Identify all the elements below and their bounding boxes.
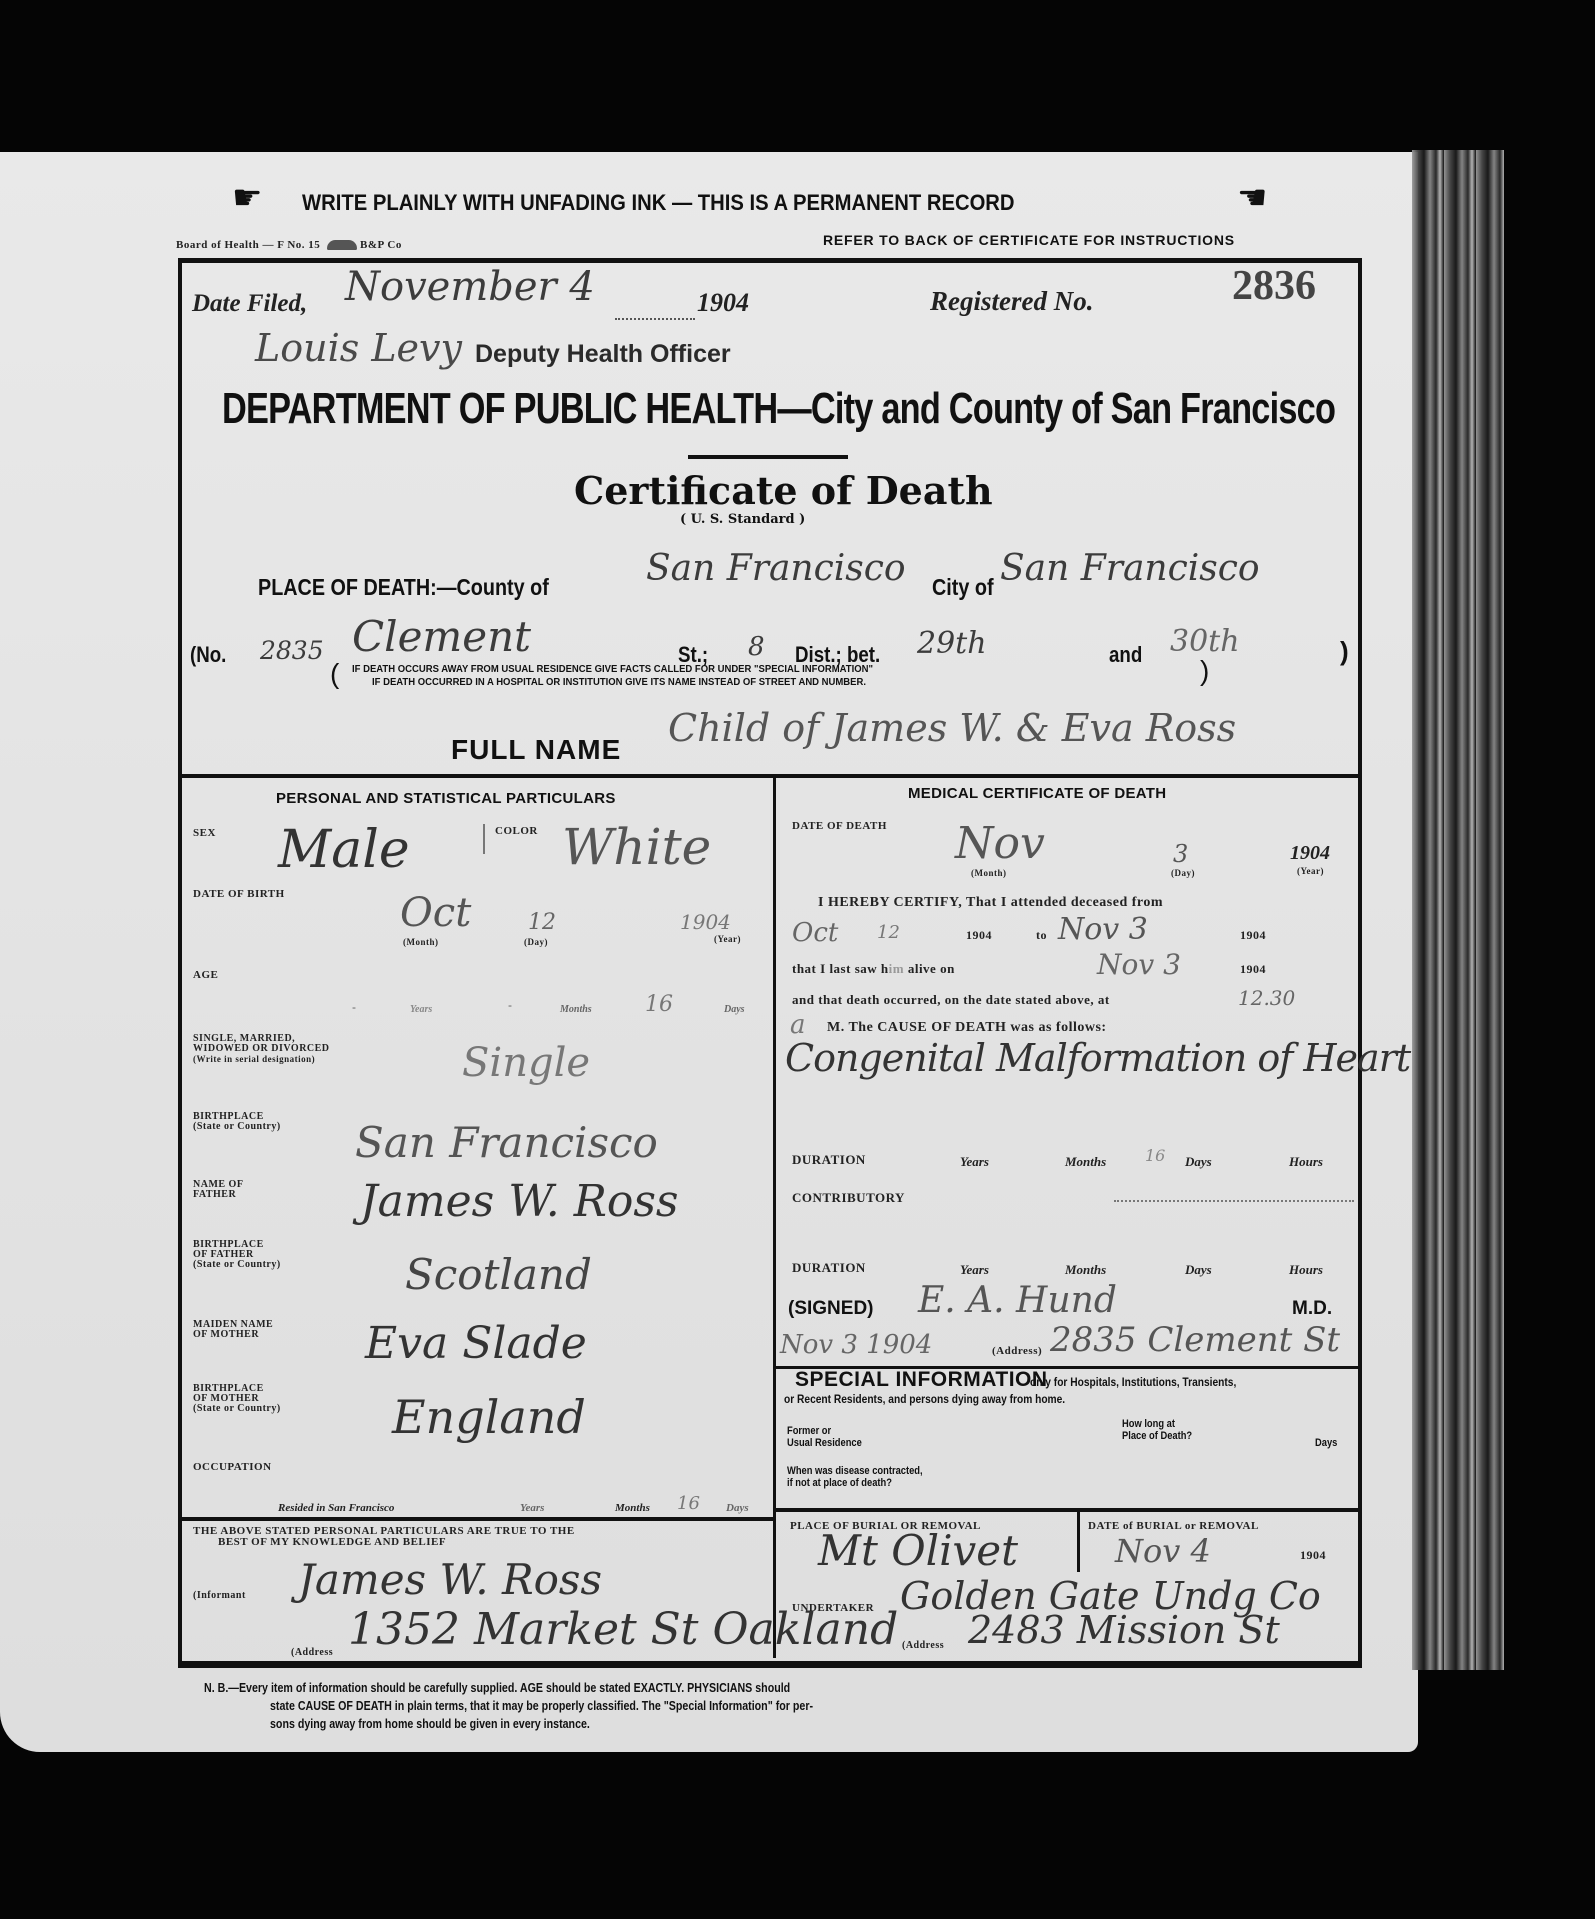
last-saw-date: Nov 3 (1097, 948, 1181, 981)
dob-year: 1904 (680, 910, 731, 934)
duration-months-label: Months (1065, 1154, 1106, 1170)
duration-2-days-label: Days (1185, 1262, 1212, 1278)
resided-months-label: Months (615, 1502, 650, 1514)
undertaker-address-label: (Address (902, 1640, 944, 1651)
department-title: DEPARTMENT OF PUBLIC HEALTH—City and Cou… (222, 384, 1335, 434)
burial-date-label: DATE of BURIAL or REMOVAL (1088, 1521, 1259, 1532)
informant-address-label: (Address (291, 1647, 333, 1658)
mother-name-label: MAIDEN NAMEOF MOTHER (193, 1320, 273, 1340)
signed-date: Nov 3 1904 (780, 1330, 932, 1360)
marital-value: Single (462, 1040, 590, 1086)
form-id: Board of Health — F No. 15 B&P Co (176, 240, 402, 251)
place-of-death-label: PLACE OF DEATH:—County of (258, 574, 549, 601)
date-filed-year: 1904 (697, 288, 749, 318)
informant-divider (182, 1517, 774, 1521)
burial-divider (776, 1508, 1358, 1512)
attended-to-year: 1904 (1240, 930, 1266, 941)
marital-label: SINGLE, MARRIED,WIDOWED OR DIVORCED(Writ… (193, 1034, 330, 1064)
age-months-label: Months (560, 1004, 592, 1015)
street-name: Clement (352, 612, 531, 661)
informant-label: (Informant (193, 1590, 246, 1601)
death-year: 1904 (1290, 842, 1330, 865)
city-value: San Francisco (1000, 548, 1260, 589)
and-label: and (1109, 642, 1142, 668)
duration-2-label: DURATION (792, 1262, 866, 1273)
note-close-paren: ) (1200, 655, 1209, 687)
contributory-rule (1114, 1200, 1354, 1202)
duration-months: 16 (1145, 1146, 1165, 1165)
md-label: M.D. (1292, 1298, 1332, 1320)
undertaker-label: UNDERTAKER (792, 1603, 874, 1614)
physician-address-label: (Address) (992, 1346, 1042, 1357)
street-number-label: (No. (190, 642, 226, 668)
death-month: Nov (955, 818, 1045, 869)
close-paren: ) (1340, 636, 1349, 667)
mother-birthplace: England (392, 1390, 586, 1444)
burial-year: 1904 (1300, 1550, 1326, 1561)
resided-days: 16 (677, 1493, 700, 1514)
dob-year-caption: (Year) (714, 934, 741, 945)
medical-heading: MEDICAL CERTIFICATE OF DEATH (908, 785, 1166, 802)
date-filed-rule (615, 318, 695, 320)
how-long-days-label: Days (1315, 1437, 1337, 1449)
disease-contracted-label: When was disease contracted,if not at pl… (787, 1465, 923, 1489)
attended-from-month: Oct (792, 918, 838, 948)
sex-value: Male (278, 820, 410, 880)
cause-of-death: Congenital Malformation of Heart (785, 1036, 1410, 1080)
district-value: 8 (748, 632, 765, 662)
county-value: San Francisco (646, 548, 906, 589)
special-subheading-2: or Recent Residents, and persons dying a… (784, 1392, 1065, 1406)
birthplace-label: BIRTHPLACE(State or Country) (193, 1112, 281, 1132)
informant-statement-2: BEST OF MY KNOWLEDGE AND BELIEF (218, 1537, 446, 1548)
date-filed-label: Date Filed, (192, 290, 307, 318)
duration-label: DURATION (792, 1154, 866, 1165)
age-label: AGE (193, 970, 218, 981)
resided-days-label: Days (726, 1502, 749, 1514)
officer-title: Deputy Health Officer (475, 340, 731, 369)
footnote-line2: state CAUSE OF DEATH in plain terms, tha… (270, 1698, 813, 1713)
last-saw-year: 1904 (1240, 964, 1266, 975)
attended-from-year: 1904 (966, 930, 992, 941)
last-saw-label: that I last saw him alive on (792, 963, 955, 974)
death-day: 3 (1173, 840, 1188, 868)
death-day-caption: (Day) (1171, 868, 1195, 879)
footnote-line3: sons dying away from home should be give… (270, 1716, 590, 1731)
dob-day-caption: (Day) (524, 937, 548, 948)
city-label: City of (932, 574, 994, 601)
note-open-paren: ( (330, 658, 339, 690)
certify-statement: I HEREBY CERTIFY, That I attended deceas… (818, 897, 1163, 908)
between-street-2: 30th (1170, 624, 1240, 659)
father-name-label: NAME OFFATHER (193, 1180, 243, 1200)
color-label: COLOR (495, 826, 538, 837)
attended-to: Nov 3 (1058, 912, 1148, 947)
residence-note-line1: IF DEATH OCCURS AWAY FROM USUAL RESIDENC… (352, 664, 873, 675)
personal-heading: PERSONAL AND STATISTICAL PARTICULARS (276, 790, 616, 807)
mother-birthplace-label: BIRTHPLACEOF MOTHER(State or Country) (193, 1384, 281, 1414)
instructions-note: REFER TO BACK OF CERTIFICATE FOR INSTRUC… (823, 232, 1235, 248)
death-time-label: and that death occurred, on the date sta… (792, 994, 1110, 1005)
pointing-hand-right-icon: ☚ (1237, 178, 1267, 218)
sex-color-divider (483, 824, 485, 854)
between-street-1: 29th (917, 626, 987, 661)
residence-note-line2: IF DEATH OCCURRED IN A HOSPITAL OR INSTI… (372, 677, 866, 688)
sex-label: SEX (193, 828, 216, 839)
date-filed-value: November 4 (345, 264, 595, 310)
occupation-label: OCCUPATION (193, 1462, 272, 1473)
signed-label: (SIGNED) (788, 1298, 874, 1320)
birthplace-value: San Francisco (355, 1118, 658, 1167)
banner-text: WRITE PLAINLY WITH UNFADING INK — THIS I… (302, 190, 1015, 216)
banner: ☛ WRITE PLAINLY WITH UNFADING INK — THIS… (232, 186, 1332, 220)
physician-signature: E. A. Hund (918, 1280, 1117, 1321)
duration-2-months-label: Months (1065, 1262, 1106, 1278)
to-label: to (1036, 930, 1047, 941)
mother-maiden-name: Eva Slade (365, 1318, 587, 1369)
duration-years-label: Years (960, 1154, 989, 1170)
burial-place: Mt Olivet (818, 1526, 1018, 1575)
duration-2-years-label: Years (960, 1262, 989, 1278)
dob-day: 12 (528, 910, 556, 935)
duration-days-label: Days (1185, 1154, 1212, 1170)
full-name-label: FULL NAME (451, 734, 621, 766)
burial-date: Nov 4 (1115, 1532, 1211, 1570)
death-month-caption: (Month) (971, 868, 1007, 879)
registered-number: 2836 (1232, 262, 1316, 310)
undertaker-address: 2483 Mission St (968, 1608, 1280, 1652)
officer-signature: Louis Levy (255, 326, 462, 370)
death-year-caption: (Year) (1297, 866, 1324, 877)
cause-label: M. The CAUSE OF DEATH was as follows: (827, 1022, 1107, 1033)
duration-hours-label: Hours (1289, 1154, 1323, 1170)
dob-month: Oct (400, 890, 471, 936)
page-stack-edge (1412, 150, 1504, 1670)
color-value: White (562, 818, 711, 876)
special-heading: SPECIAL INFORMATION (795, 1368, 1048, 1392)
attended-from-day: 12 (877, 922, 900, 943)
age-years-label: Years (410, 1004, 432, 1015)
age-days: 16 (645, 992, 673, 1017)
standard-subtitle: ( U. S. Standard ) (680, 512, 805, 527)
title-divider (688, 455, 848, 459)
column-divider (773, 778, 776, 1658)
resided-label: Resided in San Francisco (278, 1502, 394, 1514)
former-residence-label: Former orUsual Residence (787, 1425, 862, 1449)
age-years: - (352, 1000, 356, 1014)
age-months: - (508, 998, 512, 1012)
burial-column-divider (1077, 1512, 1080, 1572)
informant-name: James W. Ross (298, 1555, 602, 1604)
date-of-death-label: DATE OF DEATH (792, 821, 887, 832)
special-subheading: only for Hospitals, Institutions, Transi… (1030, 1375, 1236, 1389)
duration-2-hours-label: Hours (1289, 1262, 1323, 1278)
registered-label: Registered No. (930, 286, 1093, 317)
death-time: 12.30 (1238, 986, 1295, 1010)
contributory-label: CONTRIBUTORY (792, 1192, 905, 1203)
dob-label: DATE OF BIRTH (193, 889, 285, 900)
resided-years-label: Years (520, 1502, 544, 1514)
pointing-hand-left-icon: ☛ (232, 178, 262, 218)
age-days-label: Days (724, 1004, 745, 1015)
father-birthplace-label: BIRTHPLACEOF FATHER(State or Country) (193, 1240, 281, 1270)
certificate-title: Certificate of Death (574, 468, 993, 513)
father-name: James W. Ross (360, 1176, 678, 1227)
father-birthplace: Scotland (405, 1250, 592, 1299)
union-label-icon (327, 240, 357, 250)
full-name-divider (182, 774, 1358, 778)
footnote-line1: N. B.—Every item of information should b… (204, 1680, 790, 1695)
how-long-label: How long atPlace of Death? (1122, 1418, 1192, 1442)
physician-address: 2835 Clement St (1050, 1320, 1340, 1360)
street-number: 2835 (260, 636, 324, 665)
full-name-value: Child of James W. & Eva Ross (668, 706, 1236, 750)
dob-month-caption: (Month) (403, 937, 439, 948)
